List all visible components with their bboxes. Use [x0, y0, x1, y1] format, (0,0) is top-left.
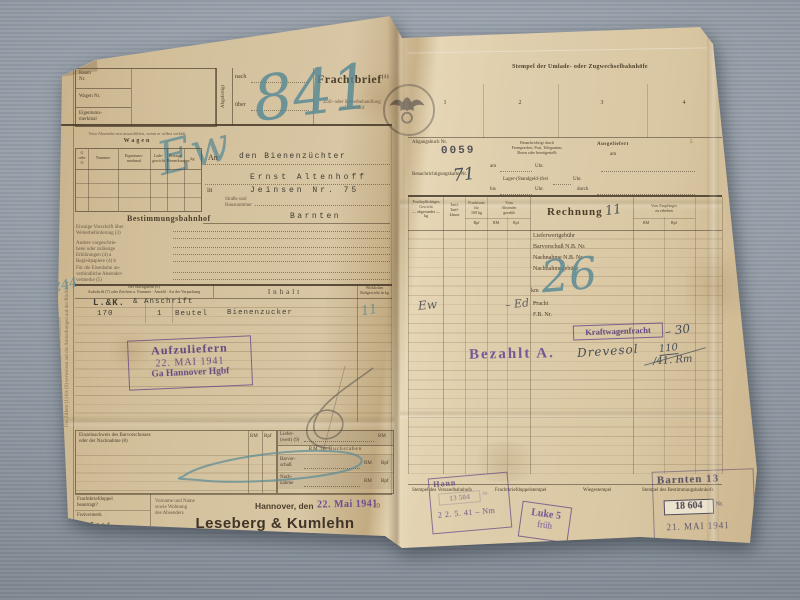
goods-mark-value: L.&K. [93, 298, 125, 308]
wagen-col-g-oder-o: G oder O [76, 151, 88, 165]
handwritten-71: 71 [452, 164, 476, 186]
umlade-header: Stempel der Umlade- oder Zugwechselbahnh… [470, 64, 690, 71]
cells-bottom-rule [408, 137, 722, 138]
bis-uhr-label: Uhr. [535, 187, 544, 193]
goods-col-mark: Bei Stückgütern (6) Aufschrift (7) oder … [77, 285, 211, 295]
einzel-rpf-label: Rpf [264, 434, 272, 440]
wagen-table: G oder O Nummer Eigentums- merkmal Lade-… [75, 148, 202, 212]
versand-stamp-number: 13 504 [439, 491, 480, 503]
handwritten-ew: Ew [417, 297, 437, 313]
cell-1: 1 [430, 100, 460, 107]
col-absender-rm: RM [493, 221, 499, 226]
benachrichtigt-note: Benachrichtigt durch Fernsprecher, Post,… [493, 141, 581, 155]
age-stain-4 [465, 442, 545, 482]
place-date-label: Hannover, den [255, 501, 314, 511]
nach-label: nach [235, 74, 246, 81]
handwritten-244: 244 [52, 275, 80, 296]
margin-note-left: Die Ziffern (1) bis (9) verweisen auf di… [65, 97, 71, 427]
destination-station-value: Barnten [290, 212, 341, 222]
addressee-line-rule [205, 163, 390, 165]
note-erklaerungen: Andere vorgeschrie- bene oder zulässige … [76, 241, 117, 265]
print-run-note: Fb 4. 1. 41. [62, 444, 68, 534]
einzel-rm-label: RM [250, 434, 258, 440]
goods-content-value: Bienenzucker [227, 309, 293, 317]
goods-count-value: 1 [157, 310, 162, 318]
lager-uhr-label: Uhr. [573, 177, 582, 183]
addressee-line: den Bienenzüchter [239, 152, 346, 162]
wagen-col-kg: kg [184, 157, 201, 162]
box-label-eigentumsmerkmal: Eigentums- merkmal [79, 111, 131, 123]
fabric-background: Die Ziffern (1) bis (9) verweisen auf di… [0, 0, 800, 600]
frachtbrief-paper: Die Ziffern (1) bis (9) verweisen auf di… [45, 12, 762, 552]
goods-qty-value: 170 [97, 310, 114, 318]
in-label: in [207, 186, 212, 194]
bestimmung-stamp-date: 21. MAI 1941 [666, 520, 730, 532]
crease-left-horizontal [60, 415, 395, 429]
wagen-col-ladegewicht: Lade- gewicht [150, 154, 167, 164]
versand-stamp-nr: Nr. [482, 491, 489, 497]
frei-value: frei [89, 522, 112, 532]
cell-3: 3 [587, 100, 617, 107]
bestimmung-stamp: Barnten 13 18 604 Nr. 21. MAI 1941 [652, 468, 757, 554]
kraftwagenfracht-stamp: Kraftwagenfracht [573, 322, 663, 340]
abgangsbuch-number-stamp: 0059 [441, 145, 476, 158]
age-stain-2 [685, 242, 745, 332]
company-subtitle: Kolonialwaren-Großhandlung [160, 532, 390, 541]
col-absender-rpf: Rpf [513, 221, 519, 226]
bottom-section-rule [75, 494, 392, 495]
kraftwagenfracht-label: Kraftwagenfracht [574, 324, 662, 337]
goods-mark2-value: & Anschrift [133, 298, 194, 306]
goods-weight-value: 11 [360, 302, 379, 320]
wagen-col-bemerkungen: Etwaige Bemerkungen [167, 154, 184, 164]
goods-col-inhalt: Inhalt [213, 288, 357, 296]
addressee-name: Ernst Altenhoff [250, 173, 367, 183]
bis-label: bis [490, 187, 496, 193]
wagen-title: Wagen [75, 138, 200, 145]
cell-4: 4 [669, 100, 699, 107]
versand-stamp-date: 2 2. 5. 41 – Nm [438, 506, 496, 520]
caption-wiegestempel: Wiegestempel [583, 488, 611, 494]
am-label: am [490, 164, 496, 170]
versand-stamp-city: Hann [433, 478, 457, 490]
age-stain-3 [345, 72, 415, 122]
lager-label: Lager-(Standgeld-)frei [503, 177, 548, 183]
box-label-wagen-nr: Wagen Nr. [79, 94, 129, 100]
wiege-stamp: Luke 5 früh [518, 501, 573, 544]
handwritten-26: 26 [539, 248, 599, 304]
destination-line-rule [203, 223, 390, 224]
note-weiterbefoerderung: Etwaige Vorschrift über Weiterbeförderun… [76, 225, 124, 237]
wagon-info-box: Raum Nr. Wagen Nr. Eigentums- merkmal [75, 68, 217, 127]
wagen-note: Vom Absender nur auszufüllen, wenn er se… [71, 131, 203, 136]
cell-2: 2 [505, 100, 535, 107]
street-caption: Straße und Hausnummer [225, 197, 252, 209]
year-prefix: 19 [373, 502, 380, 510]
left-frame-line [73, 68, 74, 545]
wagen-col-eigentumsmerkmal: Eigentums- merkmal [118, 154, 150, 164]
km-label: km [531, 288, 539, 295]
company-name: Leseberg & Kumlehn [160, 515, 390, 532]
rate-table-top-rule [408, 195, 722, 197]
addressee-city: Jeinsen Nr. 75 [250, 186, 359, 196]
col-empfaenger-rm: RM [643, 221, 649, 226]
destination-station-label: Bestimmungsbahnhof [127, 214, 211, 224]
crease-right-horizontal-1 [400, 198, 722, 210]
date-stamp: 22. Mai 1941 [317, 498, 378, 510]
col-empfaenger-rpf: Rpf [671, 221, 677, 226]
photographed-document: Die Ziffern (1) bis (9) verweisen auf di… [45, 12, 762, 552]
crease-right-horizontal-2 [400, 410, 722, 420]
fee-lieferwertgebuehr: Lieferwertgebühr [533, 233, 575, 240]
fb-nr-label: F.B. Nr. [533, 312, 552, 319]
goods-pack-value: Beutel [175, 310, 208, 318]
street-line-rule [255, 204, 390, 206]
blue-pencil-ellipse [170, 442, 375, 487]
footnote-5: 5 [690, 140, 693, 146]
bezahlt-stamp: Bezahlt A. [469, 345, 555, 363]
wagen-col-nummer: Nummer [88, 156, 118, 161]
freivermerk-label: Freivermerk [77, 513, 102, 519]
age-stain-1 [105, 332, 155, 372]
margin-note-left-2: Anmerkungen auf der Rückseite [58, 142, 64, 382]
bestimmung-stamp-number: 18 604 [665, 500, 713, 513]
durch-label: durch [577, 187, 588, 193]
an-label: An [208, 153, 218, 163]
ausgeliefert-label: Ausgeliefert [597, 142, 629, 148]
ausgeliefert-am-label: am [610, 152, 616, 158]
lieferwert-rm: RM [378, 434, 386, 440]
col-frachtsatz-unit: Rpf [466, 221, 487, 226]
uhr-label: Uhr. [535, 164, 544, 170]
abgefertigt-label: Abgefertigt [221, 71, 227, 122]
note-absendervermerke: Für die Eisenbahn un- verbindliche Absen… [76, 266, 123, 284]
ueber-label: über [235, 102, 246, 109]
name-line-rule [205, 183, 390, 185]
doppel-label: Frachtbriefdoppel beantragt? [77, 497, 113, 509]
